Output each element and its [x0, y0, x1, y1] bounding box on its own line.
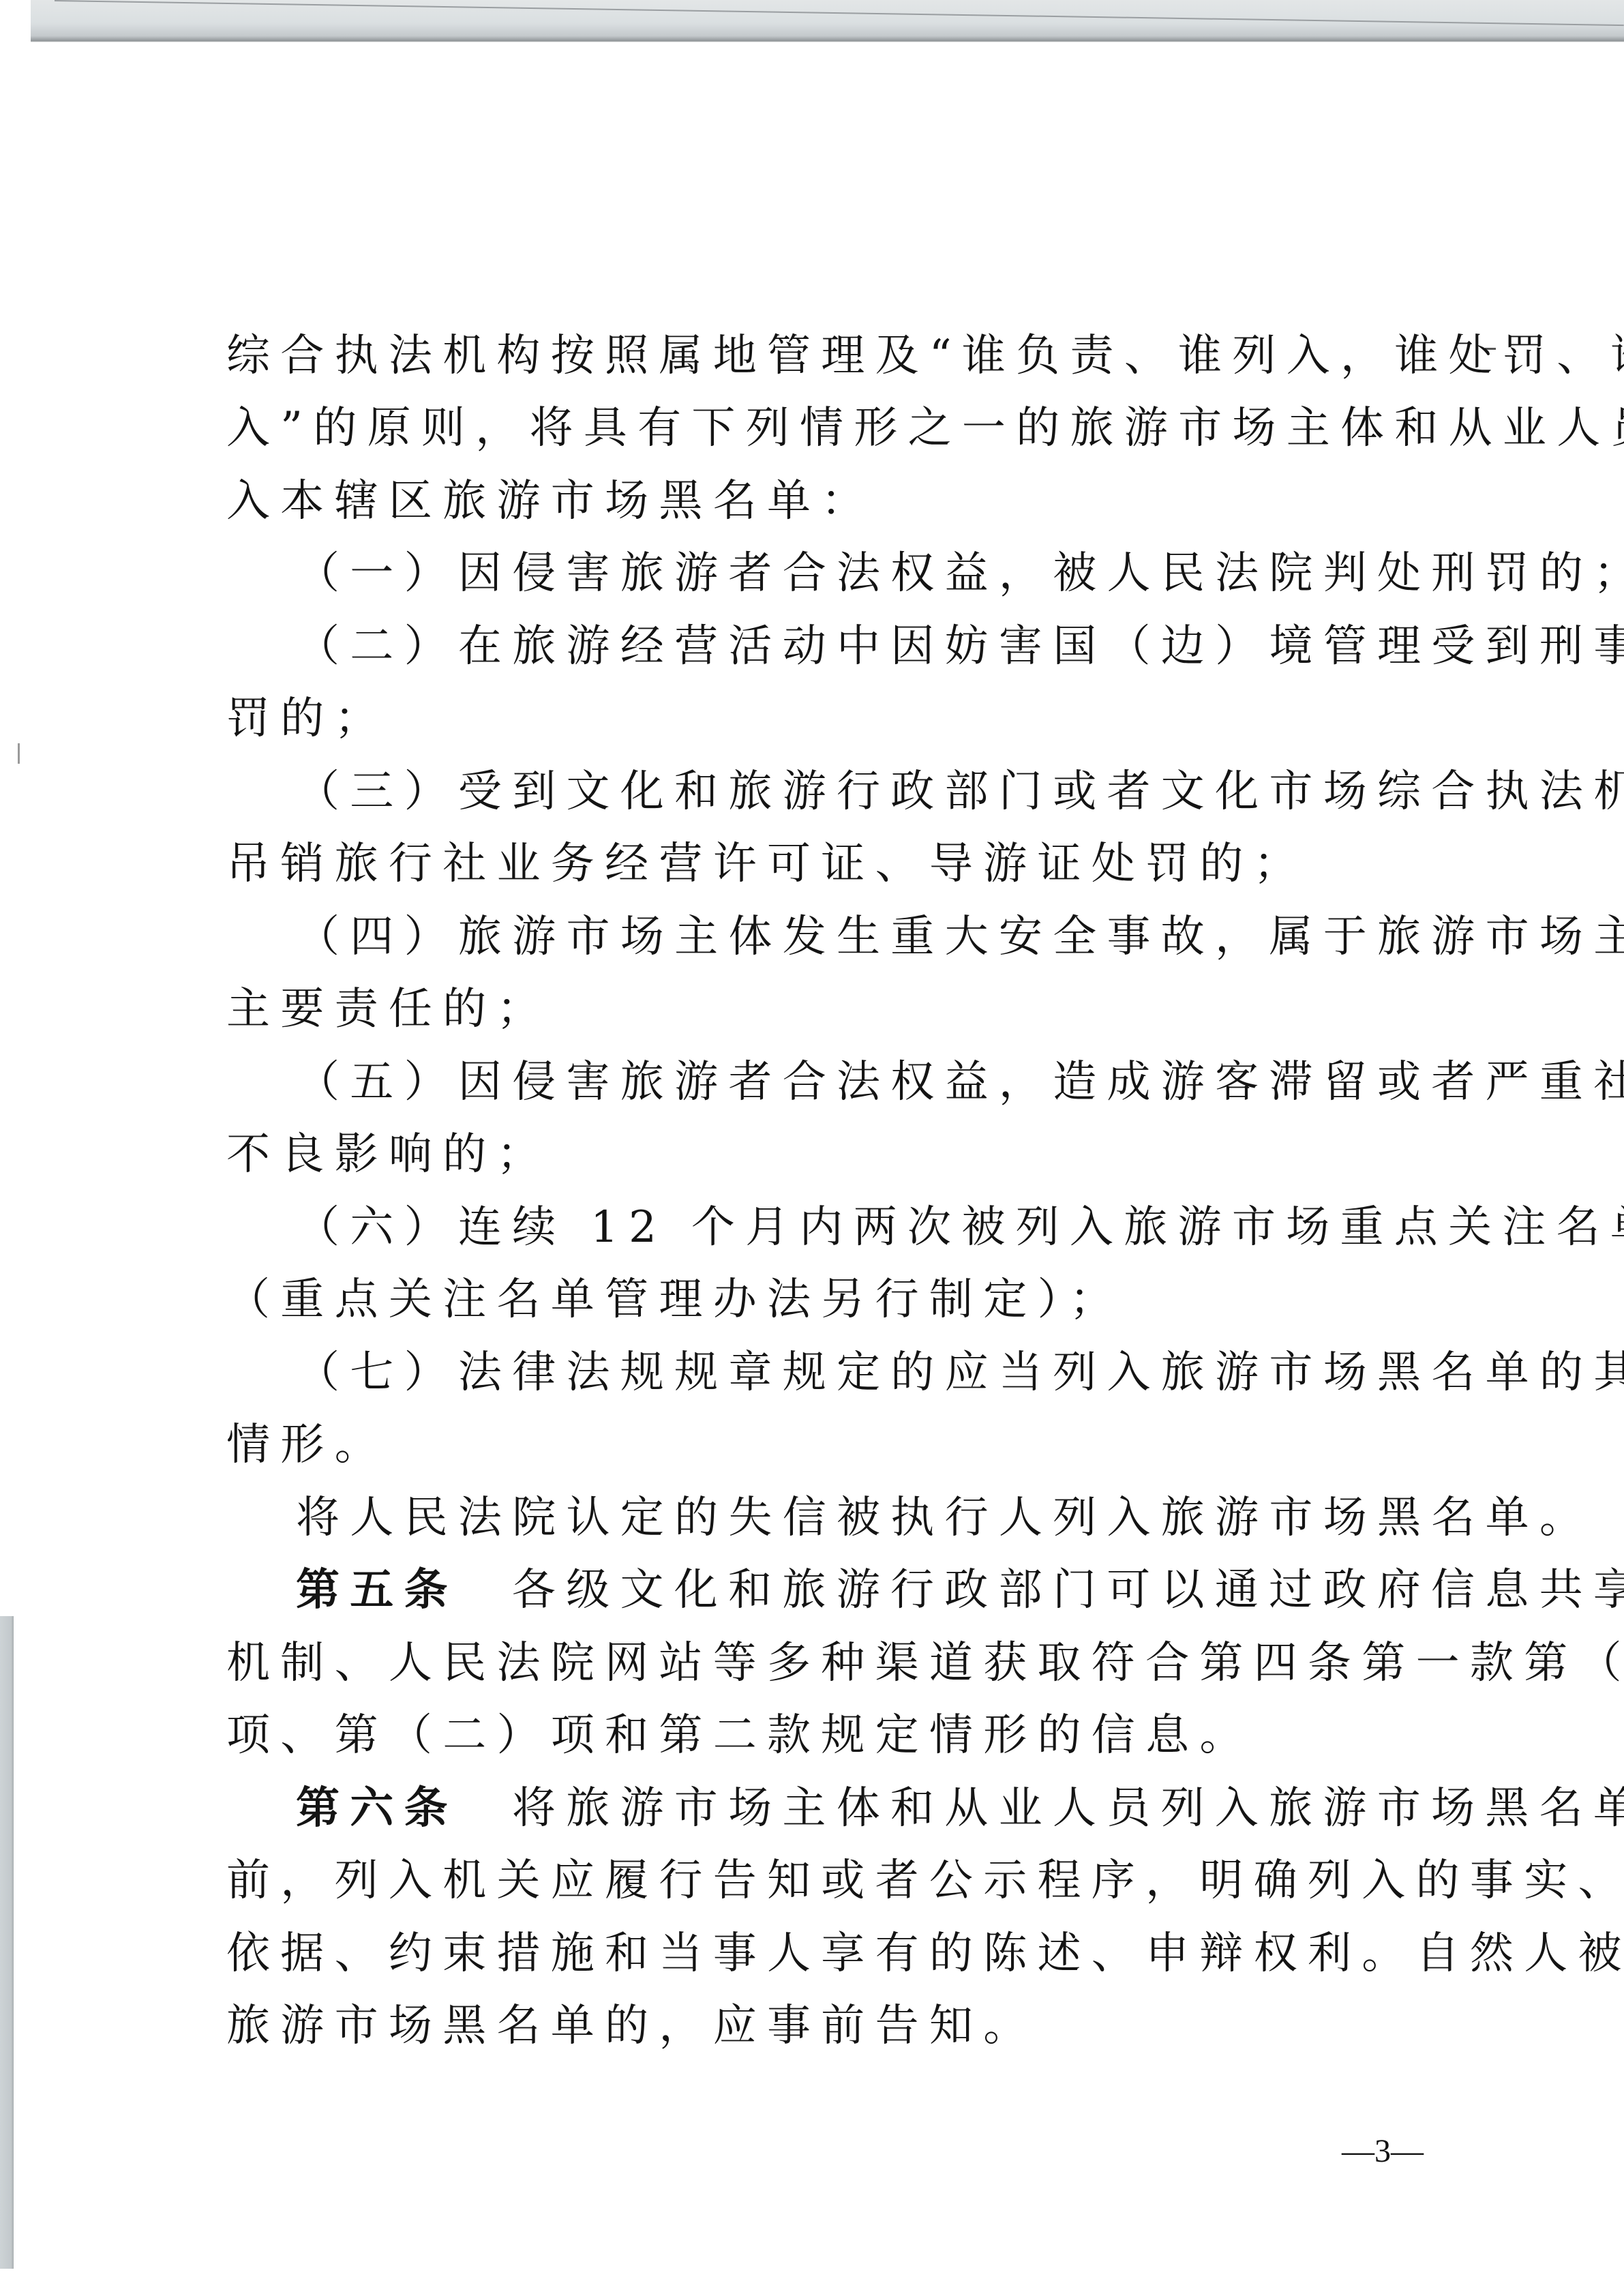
- text-line: 依据、约束措施和当事人享有的陈述、申辩权利。自然人被列入: [226, 1926, 1624, 1981]
- list-item-3: （三）受到文化和旅游行政部门或者文化市场综合执法机构: [296, 764, 1624, 819]
- article-heading: 第六条: [296, 1783, 458, 1834]
- text-line: 吊销旅行社业务经营许可证、导游证处罚的；: [226, 837, 1308, 891]
- article-heading: 第五条: [296, 1565, 458, 1615]
- list-item-6: （六）连续 12 个月内两次被列入旅游市场重点关注名单的: [296, 1200, 1624, 1255]
- list-item-7: （七）法律法规规章规定的应当列入旅游市场黑名单的其他: [296, 1345, 1624, 1400]
- text-line: 罚的；: [226, 691, 389, 746]
- article-5-line: 第五条各级文化和旅游行政部门可以通过政府信息共享: [296, 1563, 1624, 1617]
- text-line: 综合执法机构按照属地管理及“谁负责、谁列入，谁处罚、谁列: [226, 329, 1624, 383]
- list-item-4: （四）旅游市场主体发生重大安全事故，属于旅游市场主体: [296, 910, 1624, 964]
- list-item-5: （五）因侵害旅游者合法权益，造成游客滞留或者严重社会: [296, 1055, 1624, 1109]
- text-line: 前，列入机关应履行告知或者公示程序，明确列入的事实、理由、: [226, 1853, 1624, 1908]
- text-line: （重点关注名单管理办法另行制定）；: [226, 1272, 1124, 1327]
- text-line: 旅游市场黑名单的，应事前告知。: [226, 1999, 1038, 2053]
- article-6-line: 第六条将旅游市场主体和从业人员列入旅游市场黑名单: [296, 1781, 1624, 1836]
- text-line: 情形。: [226, 1418, 389, 1472]
- text-line: 项、第（二）项和第二款规定情形的信息。: [226, 1708, 1254, 1763]
- article-text: 各级文化和旅游行政部门可以通过政府信息共享: [512, 1565, 1624, 1615]
- list-item-1: （一）因侵害旅游者合法权益，被人民法院判处刑罚的；: [296, 546, 1624, 601]
- text-line: 入本辖区旅游市场黑名单：: [226, 474, 875, 528]
- list-item-2: （二）在旅游经营活动中因妨害国（边）境管理受到刑事处: [296, 619, 1624, 674]
- page-number: —3—: [1342, 2131, 1424, 2172]
- paragraph-line: 将人民法院认定的失信被执行人列入旅游市场黑名单。: [296, 1491, 1593, 1545]
- scan-artifact-mark: [18, 743, 20, 764]
- article-text: 将旅游市场主体和从业人员列入旅游市场黑名单: [512, 1783, 1624, 1834]
- scan-left-shadow: [0, 1616, 14, 2269]
- text-line: 不良影响的；: [226, 1127, 551, 1182]
- text-line: 主要责任的；: [226, 982, 551, 1037]
- text-line: 入”的原则，将具有下列情形之一的旅游市场主体和从业人员列: [226, 401, 1624, 456]
- text-line: 机制、人民法院网站等多种渠道获取符合第四条第一款第（一）: [226, 1636, 1624, 1690]
